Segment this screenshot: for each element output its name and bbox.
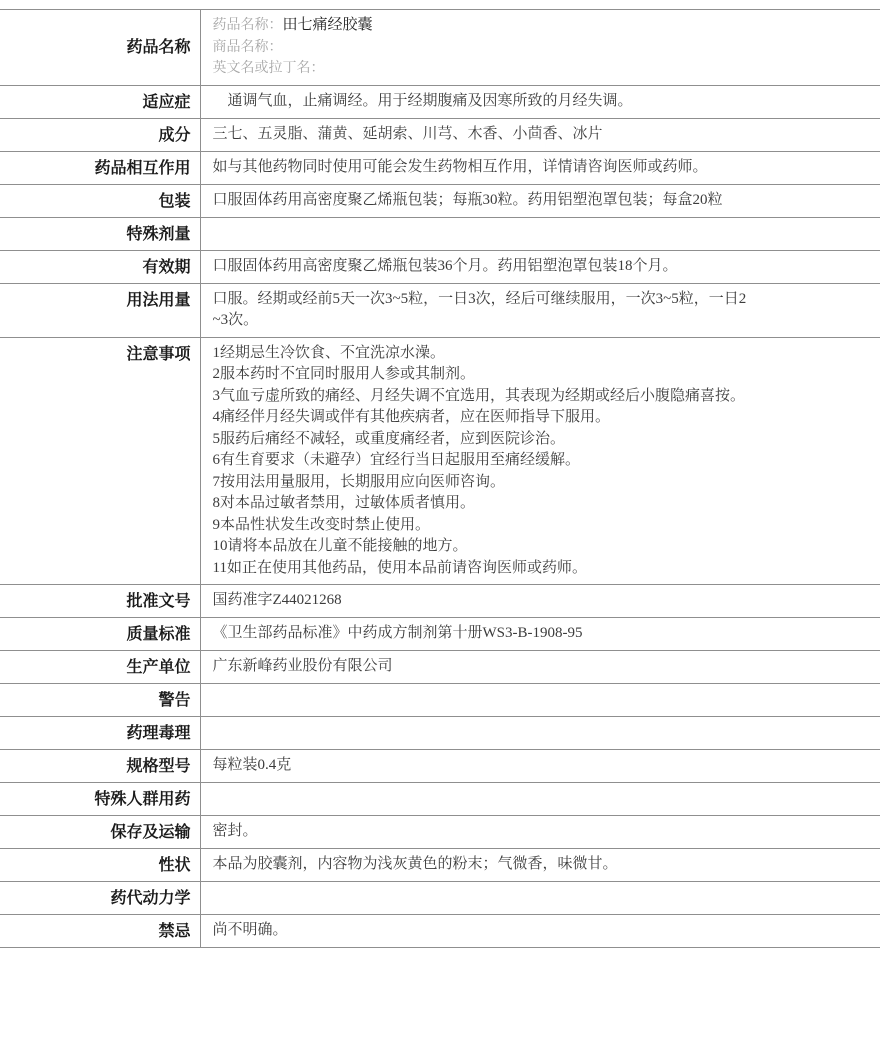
table-row: 成分三七、五灵脂、蒲黄、延胡索、川芎、木香、小茴香、冰片 (0, 118, 880, 151)
row-value: 《卫生部药品标准》中药成方制剂第十册WS3-B-1908-95 (200, 618, 880, 651)
table-row: 警告 (0, 684, 880, 717)
table-row: 药品名称药品名称：田七痛经胶囊商品名称：英文名或拉丁名： (0, 10, 880, 86)
content-line: 《卫生部药品标准》中药成方制剂第十册WS3-B-1908-95 (213, 623, 871, 645)
table-row: 有效期口服固体药用高密度聚乙烯瓶包装36个月。药用铝塑泡罩包装18个月。 (0, 250, 880, 283)
row-value: 广东新峰药业股份有限公司 (200, 651, 880, 684)
table-row: 药品相互作用如与其他药物同时使用可能会发生药物相互作用，详情请咨询医师或药师。 (0, 151, 880, 184)
table-row: 生产单位广东新峰药业股份有限公司 (0, 651, 880, 684)
row-value: 如与其他药物同时使用可能会发生药物相互作用，详情请咨询医师或药师。 (200, 151, 880, 184)
row-label: 用法用量 (0, 283, 200, 337)
table-row: 质量标准《卫生部药品标准》中药成方制剂第十册WS3-B-1908-95 (0, 618, 880, 651)
table-row: 性状本品为胶囊剂，内容物为浅灰黄色的粉末；气微香，味微甘。 (0, 849, 880, 882)
content-line: 三七、五灵脂、蒲黄、延胡索、川芎、木香、小茴香、冰片 (213, 124, 871, 146)
row-value: 国药准字Z44021268 (200, 585, 880, 618)
content-line: 10请将本品放在儿童不能接触的地方。 (213, 536, 871, 558)
table-row: 用法用量口服。经期或经前5天一次3~5粒，一日3次，经后可继续服用，一次3~5粒… (0, 283, 880, 337)
row-label: 禁忌 (0, 915, 200, 948)
row-value: 每粒装0.4克 (200, 750, 880, 783)
table-row: 包装口服固体药用高密度聚乙烯瓶包装；每瓶30粒。药用铝塑泡罩包装；每盒20粒 (0, 184, 880, 217)
table-row: 注意事项1经期忌生冷饮食、不宜洗凉水澡。2服本药时不宜同时服用人参或其制剂。3气… (0, 337, 880, 585)
row-value: 密封。 (200, 816, 880, 849)
row-label: 药品相互作用 (0, 151, 200, 184)
row-label: 性状 (0, 849, 200, 882)
content-line: 9本品性状发生改变时禁止使用。 (213, 515, 871, 537)
row-value: 尚不明确。 (200, 915, 880, 948)
content-line: 口服固体药用高密度聚乙烯瓶包装；每瓶30粒。药用铝塑泡罩包装；每盒20粒 (213, 190, 871, 212)
table-row: 特殊剂量 (0, 217, 880, 250)
content-line: 5服药后痛经不减轻，或重度痛经者，应到医院诊治。 (213, 429, 871, 451)
content-line: 6有生育要求（未避孕）宜经行当日起服用至痛经缓解。 (213, 450, 871, 472)
content-line: 每粒装0.4克 (213, 755, 871, 777)
name-line: 商品名称： (213, 37, 871, 59)
field-prefix: 英文名或拉丁名： (213, 61, 325, 76)
content-line: 1经期忌生冷饮食、不宜洗凉水澡。 (213, 343, 871, 365)
row-label: 成分 (0, 118, 200, 151)
row-label: 警告 (0, 684, 200, 717)
drug-info-sheet: 药品名称药品名称：田七痛经胶囊商品名称：英文名或拉丁名：适应症 通调气血，止痛调… (0, 0, 880, 948)
content-line: 口服。经期或经前5天一次3~5粒，一日3次，经后可继续服用，一次3~5粒，一日2 (213, 289, 871, 311)
row-value (200, 684, 880, 717)
content-line: 4痛经伴月经失调或伴有其他疾病者，应在医师指导下服用。 (213, 407, 871, 429)
name-line: 英文名或拉丁名： (213, 58, 871, 80)
row-value: 通调气血，止痛调经。用于经期腹痛及因寒所致的月经失调。 (200, 85, 880, 118)
table-row: 特殊人群用药 (0, 783, 880, 816)
row-value: 药品名称：田七痛经胶囊商品名称：英文名或拉丁名： (200, 10, 880, 86)
content-line: 7按用法用量服用，长期服用应向医师咨询。 (213, 472, 871, 494)
row-value (200, 882, 880, 915)
drug-table-body: 药品名称药品名称：田七痛经胶囊商品名称：英文名或拉丁名：适应症 通调气血，止痛调… (0, 10, 880, 948)
row-label: 质量标准 (0, 618, 200, 651)
row-label: 药代动力学 (0, 882, 200, 915)
content-line: ~3次。 (213, 310, 871, 332)
row-label: 注意事项 (0, 337, 200, 585)
content-line: 国药准字Z44021268 (213, 590, 871, 612)
table-row: 适应症 通调气血，止痛调经。用于经期腹痛及因寒所致的月经失调。 (0, 85, 880, 118)
name-line: 药品名称：田七痛经胶囊 (213, 15, 871, 37)
content-line: 通调气血，止痛调经。用于经期腹痛及因寒所致的月经失调。 (213, 91, 871, 113)
content-line: 8对本品过敏者禁用，过敏体质者慎用。 (213, 493, 871, 515)
content-line: 2服本药时不宜同时服用人参或其制剂。 (213, 364, 871, 386)
row-label: 适应症 (0, 85, 200, 118)
row-label: 规格型号 (0, 750, 200, 783)
row-label: 特殊剂量 (0, 217, 200, 250)
table-row: 药理毒理 (0, 717, 880, 750)
field-prefix: 药品名称： (213, 18, 283, 33)
table-row: 批准文号国药准字Z44021268 (0, 585, 880, 618)
row-label: 生产单位 (0, 651, 200, 684)
row-label: 批准文号 (0, 585, 200, 618)
content-line: 广东新峰药业股份有限公司 (213, 656, 871, 678)
content-line: 尚不明确。 (213, 920, 871, 942)
row-value (200, 783, 880, 816)
content-line: 3气血亏虚所致的痛经、月经失调不宜选用，其表现为经期或经后小腹隐痛喜按。 (213, 386, 871, 408)
content-line: 密封。 (213, 821, 871, 843)
row-label: 有效期 (0, 250, 200, 283)
content-line: 本品为胶囊剂，内容物为浅灰黄色的粉末；气微香，味微甘。 (213, 854, 871, 876)
row-value: 三七、五灵脂、蒲黄、延胡索、川芎、木香、小茴香、冰片 (200, 118, 880, 151)
field-value: 田七痛经胶囊 (283, 17, 373, 33)
row-value: 口服固体药用高密度聚乙烯瓶包装；每瓶30粒。药用铝塑泡罩包装；每盒20粒 (200, 184, 880, 217)
table-row: 规格型号每粒装0.4克 (0, 750, 880, 783)
table-row: 药代动力学 (0, 882, 880, 915)
row-value (200, 717, 880, 750)
content-line: 如与其他药物同时使用可能会发生药物相互作用，详情请咨询医师或药师。 (213, 157, 871, 179)
row-value: 口服。经期或经前5天一次3~5粒，一日3次，经后可继续服用，一次3~5粒，一日2… (200, 283, 880, 337)
content-line: 口服固体药用高密度聚乙烯瓶包装36个月。药用铝塑泡罩包装18个月。 (213, 256, 871, 278)
row-label: 药品名称 (0, 10, 200, 86)
row-label: 包装 (0, 184, 200, 217)
table-row: 保存及运输密封。 (0, 816, 880, 849)
row-value: 本品为胶囊剂，内容物为浅灰黄色的粉末；气微香，味微甘。 (200, 849, 880, 882)
field-prefix: 商品名称： (213, 40, 283, 55)
drug-info-table: 药品名称药品名称：田七痛经胶囊商品名称：英文名或拉丁名：适应症 通调气血，止痛调… (0, 9, 880, 948)
table-row: 禁忌尚不明确。 (0, 915, 880, 948)
row-label: 特殊人群用药 (0, 783, 200, 816)
row-label: 药理毒理 (0, 717, 200, 750)
row-value: 1经期忌生冷饮食、不宜洗凉水澡。2服本药时不宜同时服用人参或其制剂。3气血亏虚所… (200, 337, 880, 585)
row-label: 保存及运输 (0, 816, 200, 849)
content-line: 11如正在使用其他药品，使用本品前请咨询医师或药师。 (213, 558, 871, 580)
row-value: 口服固体药用高密度聚乙烯瓶包装36个月。药用铝塑泡罩包装18个月。 (200, 250, 880, 283)
row-value (200, 217, 880, 250)
